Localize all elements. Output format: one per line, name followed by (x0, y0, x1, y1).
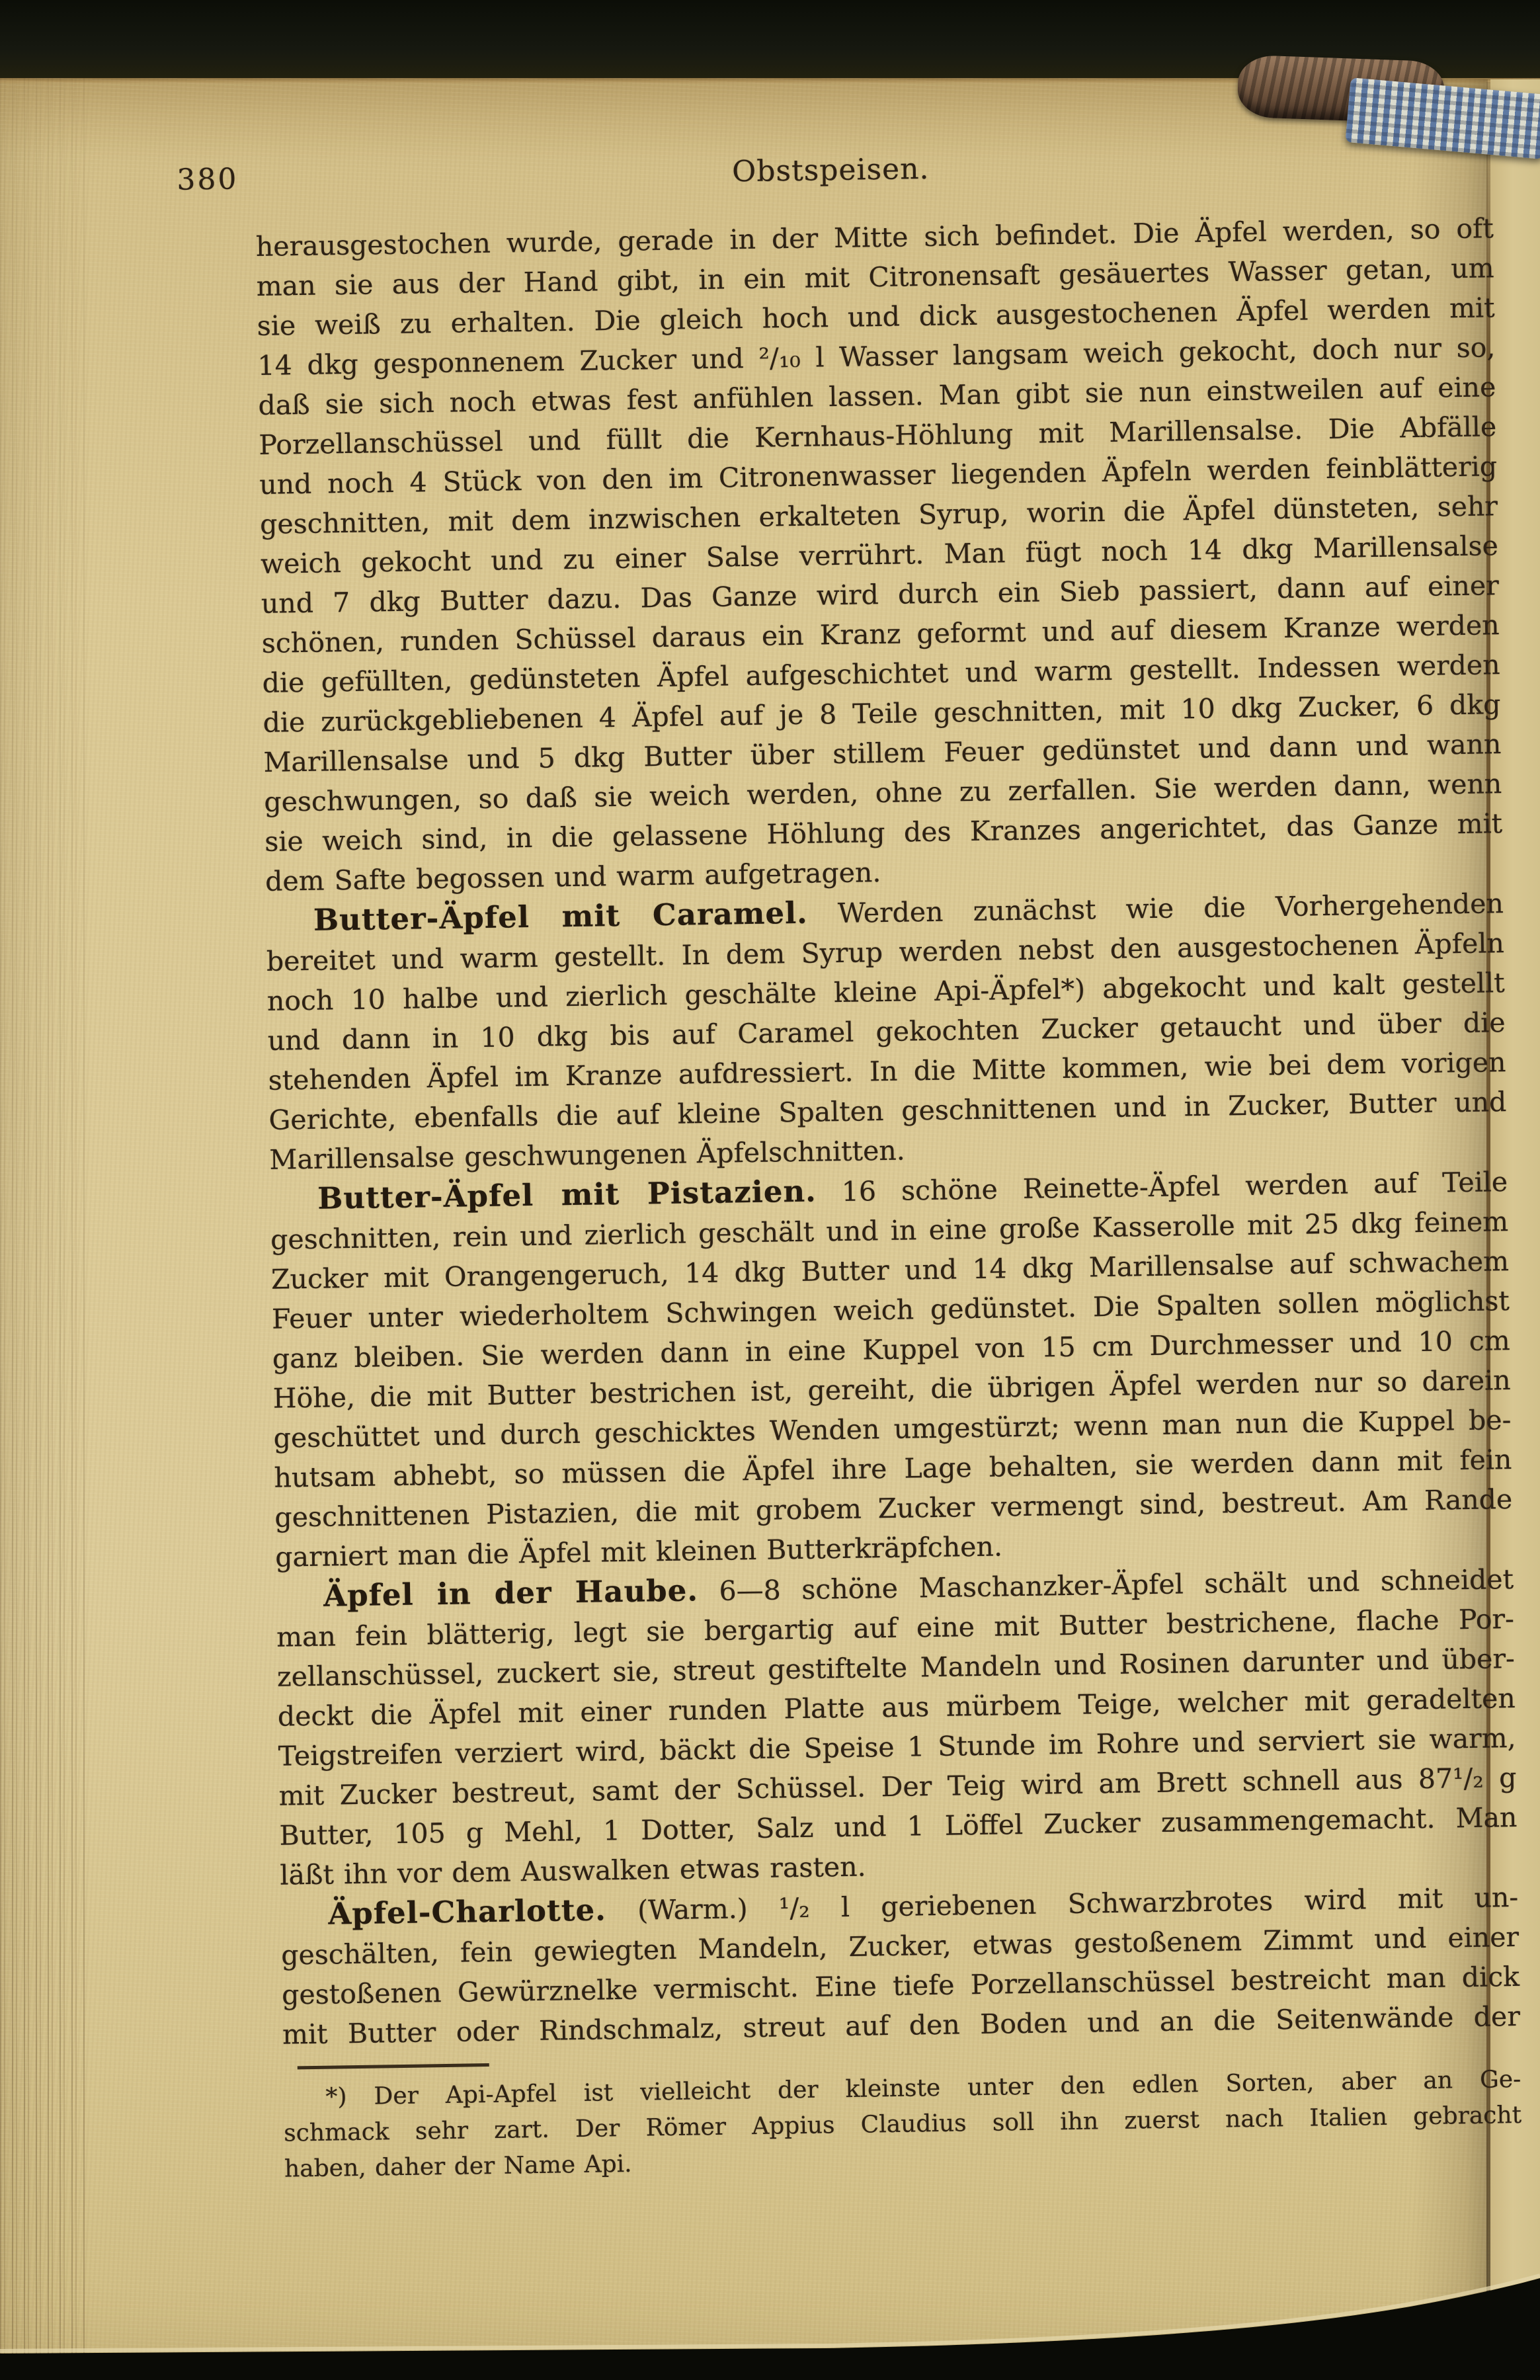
recipe-heading: Butter-Äpfel mit Caramel. (313, 895, 808, 938)
recipe-paragraph: Äpfel-Charlotte. (Warm.) ¹/₂ l geriebene… (280, 1877, 1520, 2055)
scanner-background-bottom (0, 2248, 1540, 2380)
footnote-rule (298, 2063, 489, 2069)
recipe-paragraph: herausgestochen wurde, gerade in der Mit… (255, 208, 1503, 901)
recipe-paragraph: Butter-Äpfel mit Caramel. Werden zunächs… (266, 883, 1508, 1180)
recipe-heading: Äpfel-Charlotte. (328, 1892, 606, 1931)
scanned-book-photo: { "page": { "number": "380", "running_ti… (0, 0, 1540, 2380)
recipe-paragraph: Äpfel in der Haube. 6—8 schöne Maschanzk… (276, 1559, 1518, 1895)
recipe-heading: Äpfel in der Haube. (323, 1573, 699, 1613)
recipe-heading: Butter-Äpfel mit Pistazien. (317, 1174, 817, 1216)
page-stack-edge (0, 78, 87, 2380)
recipe-paragraph: Butter-Äpfel mit Pistazien. 16 schöne Re… (270, 1161, 1514, 1577)
page-number: 380 (177, 162, 239, 196)
body-text: herausgestochen wurde, gerade in der Mit… (255, 208, 1520, 2054)
page-content: 380 Obstspeisen. herausgestochen wurde, … (255, 142, 1522, 2187)
bottom-black-wedge (0, 2278, 1540, 2380)
footnote-text: *) Der Api-Apfel ist vielleicht der klei… (283, 2062, 1522, 2188)
